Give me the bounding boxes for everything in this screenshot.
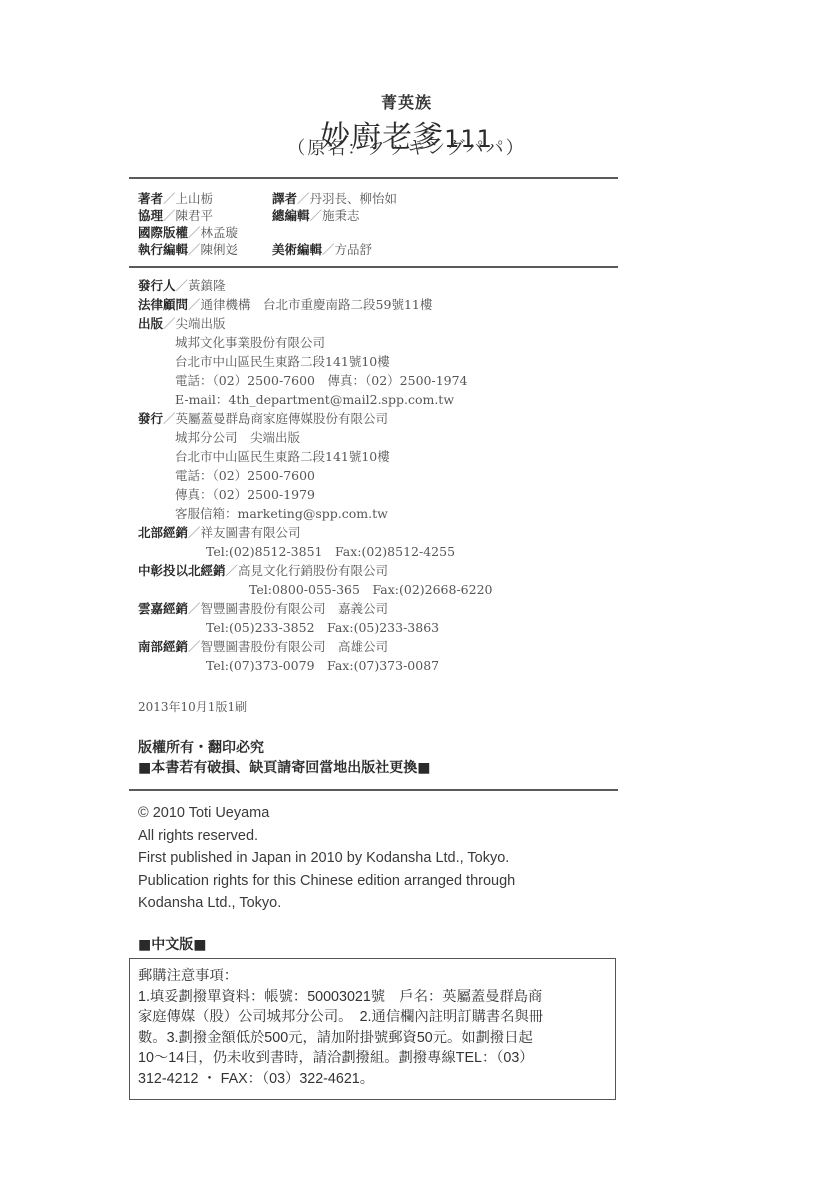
separator: ／ [188,297,201,312]
copyright-line: © 2010 Toti Ueyama [138,802,515,825]
rights-notice: 版權所有・翻印必究 ■本書若有破損、缺頁請寄回當地出版社更換■ [138,738,430,778]
separator: ／ [188,601,201,616]
north-label: 北部經銷 [138,525,188,540]
separator: ／ [163,208,176,223]
credit-value: 陳俐彣 [201,242,239,257]
publish-company: 城邦文化事業股份有限公司 [138,333,493,352]
credit-value: 上山栃 [176,191,214,206]
separator: ／ [176,278,189,293]
separator: ／ [163,191,176,206]
publisher-label: 發行人 [138,278,176,293]
credit-label: 著者 [138,191,163,206]
credit-row: 著者／上山栃 譯者／丹羽長、柳怡如 [138,190,238,207]
credit-value: 方品舒 [335,242,373,257]
yunjia-label: 雲嘉經銷 [138,601,188,616]
mail-order-box: 郵購注意事項： 1.填妥劃撥單資料：帳號：50003021號 戶名：英屬蓋曼群島… [129,958,616,1100]
dist-fax: 傳真：（02）2500-1979 [138,485,493,504]
dist-address: 台北市中山區民生東路二段141號10樓 [138,447,493,466]
divider-top [129,177,618,179]
divider-english [129,789,618,791]
credit-value: 丹羽長、柳怡如 [310,191,398,206]
publish-phone: 電話：（02）2500-7600 傳真：（02）2500-1974 [138,371,493,390]
central-label: 中彰投以北經銷 [138,563,226,578]
credit-value: 林孟璇 [201,225,239,240]
separator: ／ [188,525,201,540]
credit-label: 總編輯 [272,208,310,223]
yunjia-contact: Tel:(05)233-3852 Fax:(05)233-3863 [138,618,493,637]
credit-label: 譯者 [272,191,297,206]
separator: ／ [163,316,176,331]
publish-address: 台北市中山區民生東路二段141號10樓 [138,352,493,371]
mail-order-line: 312-4212 ・ FAX：（03）322-4621。 [138,1069,607,1090]
legal-value: 通律機構 台北市重慶南路二段59號11樓 [201,297,433,312]
credit-row: 協理／陳君平 總編輯／施秉志 [138,207,238,224]
credit-value: 陳君平 [176,208,214,223]
mail-order-line: 家庭傳媒（股）公司城邦分公司。 2.通信欄內註明訂購書名與冊 [138,1007,607,1028]
mail-order-line: 1.填妥劃撥單資料：帳號：50003021號 戶名：英屬蓋曼群島商 [138,987,607,1008]
north-contact: Tel:(02)8512-3851 Fax:(02)8512-4255 [138,542,493,561]
separator: ／ [163,411,176,426]
publisher-value: 黃鎮隆 [188,278,226,293]
mail-order-line: 10～14日，仍未收到書時，請洽劃撥組。劃撥專線TEL：（03） [138,1048,607,1069]
credit-label: 美術編輯 [272,242,322,257]
separator: ／ [188,225,201,240]
series-name: 菁英族 [0,90,813,113]
dist-email: 客服信箱：marketing@spp.com.tw [138,504,493,523]
credit-row: 國際版權／林孟璇 [138,224,238,241]
copyright-line: Publication rights for this Chinese edit… [138,870,515,893]
credit-label: 國際版權 [138,225,188,240]
credits-block: 著者／上山栃 譯者／丹羽長、柳怡如 協理／陳君平 總編輯／施秉志 國際版權／林孟… [138,190,238,258]
separator: ／ [188,242,201,257]
english-copyright: © 2010 Toti Ueyama All rights reserved. … [138,802,515,915]
dist-value: 英屬蓋曼群島商家庭傳媒股份有限公司 [176,411,389,426]
credit-row: 執行編輯／陳俐彣 美術編輯／方品舒 [138,241,238,258]
dist-phone: 電話：（02）2500-7600 [138,466,493,485]
mail-order-heading: 郵購注意事項： [138,966,607,987]
edition-date: 2013年10月1版1刷 [138,698,247,715]
dist-label: 發行 [138,411,163,426]
damage-notice: ■本書若有破損、缺頁請寄回當地出版社更換■ [138,758,430,778]
separator: ／ [188,639,201,654]
south-contact: Tel:(07)373-0079 Fax:(07)373-0087 [138,656,493,675]
dist-branch: 城邦分公司 尖端出版 [138,428,493,447]
publish-label: 出版 [138,316,163,331]
publish-email: E-mail：4th_department@mail2.spp.com.tw [138,390,493,409]
divider-credits [129,266,618,268]
yunjia-value: 智豐圖書股份有限公司 嘉義公司 [201,601,389,616]
credit-label: 執行編輯 [138,242,188,257]
copyright-line: Kodansha Ltd., Tokyo. [138,892,515,915]
original-title: （原名：クッキングパパ） [0,134,813,160]
separator: ／ [297,191,310,206]
separator: ／ [310,208,323,223]
mail-order-line: 數。3.劃撥金額低於500元，請加附掛號郵資50元。如劃撥日起 [138,1028,607,1049]
publish-value: 尖端出版 [176,316,226,331]
publisher-block: 發行人／黃鎮隆 法律顧問／通律機構 台北市重慶南路二段59號11樓 出版／尖端出… [138,276,493,675]
copyright-line: All rights reserved. [138,825,515,848]
credit-value: 施秉志 [322,208,360,223]
separator: ／ [322,242,335,257]
central-value: 高見文化行銷股份有限公司 [238,563,388,578]
north-value: 祥友圖書有限公司 [201,525,301,540]
south-value: 智豐圖書股份有限公司 高雄公司 [201,639,389,654]
south-label: 南部經銷 [138,639,188,654]
rights-reserved: 版權所有・翻印必究 [138,738,430,758]
separator: ／ [226,563,239,578]
central-contact: Tel:0800-055-365 Fax:(02)2668-6220 [138,580,493,599]
credit-label: 協理 [138,208,163,223]
copyright-line: First published in Japan in 2010 by Koda… [138,847,515,870]
chinese-edition-label: ■中文版■ [138,934,206,954]
legal-label: 法律顧問 [138,297,188,312]
